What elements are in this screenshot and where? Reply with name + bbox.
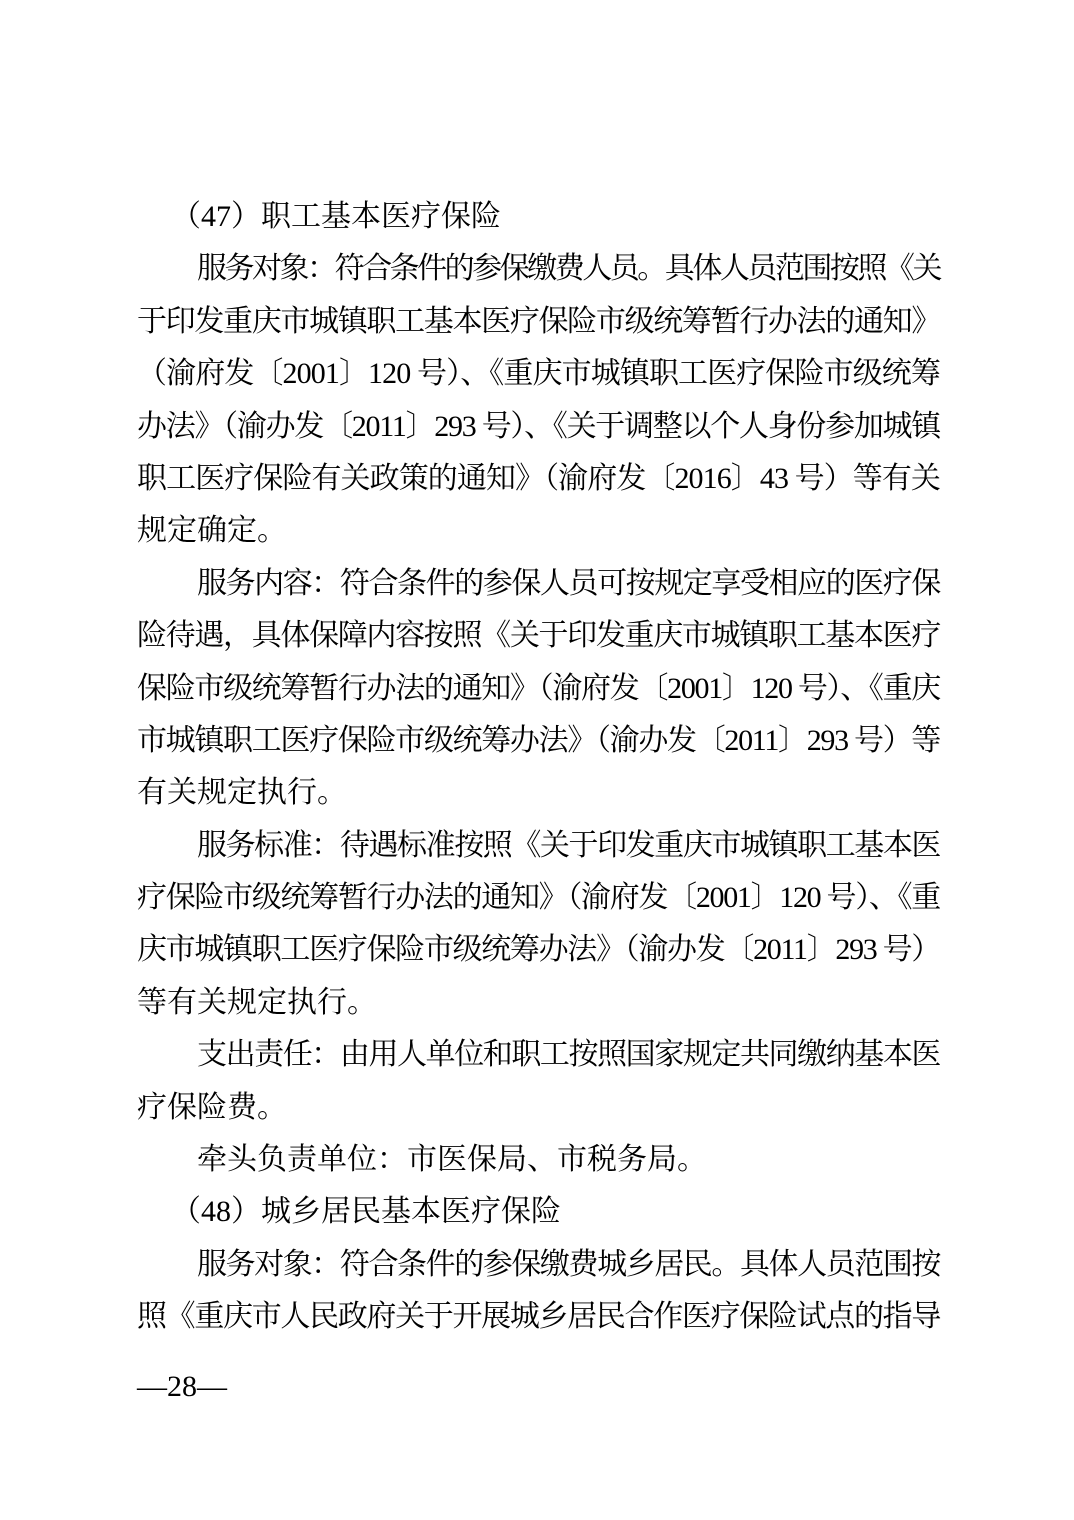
item-47-service-standard-line-2: 疗保险市级统筹暂行办法的通知》（渝府发〔2001〕120 号）、《重 xyxy=(137,872,940,924)
item-47-service-content-line-4: 市城镇职工医疗保险市级统筹办法》（渝办发〔2011〕293 号）等 xyxy=(137,715,940,767)
line-text: 服务标准：待遇标准按照《关于印发重庆市城镇职工基本医 xyxy=(197,829,940,862)
line-text: （渝府发〔2001〕120 号）、《重庆市城镇职工医疗保险市级统筹 xyxy=(137,357,940,390)
line-text: 牵头负责单位：市医保局、市税务局。 xyxy=(197,1143,707,1176)
item-47-service-target-line-4: 办法》（渝办发〔2011〕293 号）、《关于调整以个人身份参加城镇 xyxy=(137,401,940,453)
item-47-service-content-line-2: 险待遇，具体保障内容按照《关于印发重庆市城镇职工基本医疗 xyxy=(137,610,940,662)
item-48-service-target-line-1: 服务对象：符合条件的参保缴费城乡居民。具体人员范围按 xyxy=(137,1239,940,1291)
line-text: 市城镇职工医疗保险市级统筹办法》（渝办发〔2011〕293 号）等 xyxy=(137,724,940,757)
line-text: 办法》（渝办发〔2011〕293 号）、《关于调整以个人身份参加城镇 xyxy=(137,410,940,443)
item-47-expenditure-responsibility-line-1: 支出责任：由用人单位和职工按照国家规定共同缴纳基本医 xyxy=(137,1029,940,1081)
line-text: 支出责任：由用人单位和职工按照国家规定共同缴纳基本医 xyxy=(197,1038,940,1071)
line-text: 于印发重庆市城镇职工基本医疗保险市级统筹暂行办法的通知》 xyxy=(137,305,940,338)
item-47-service-content-line-5: 有关规定执行。 xyxy=(137,767,940,819)
line-text: 服务内容：符合条件的参保人员可按规定享受相应的医疗保 xyxy=(197,567,940,600)
item-47-service-target-line-6: 规定确定。 xyxy=(137,505,940,557)
line-text: 疗保险市级统筹暂行办法的通知》（渝府发〔2001〕120 号）、《重 xyxy=(137,881,940,914)
item-47-service-target-line-1: 服务对象：符合条件的参保缴费人员。具体人员范围按照《关 xyxy=(137,243,940,295)
item-47-service-target-line-5: 职工医疗保险有关政策的通知》（渝府发〔2016〕43 号）等有关 xyxy=(137,453,940,505)
line-text: 照《重庆市人民政府关于开展城乡居民合作医疗保险试点的指导 xyxy=(137,1300,940,1333)
document-page: （47）职工基本医疗保险服务对象：符合条件的参保缴费人员。具体人员范围按照《关于… xyxy=(0,0,1074,1520)
item-48-service-target-line-2: 照《重庆市人民政府关于开展城乡居民合作医疗保险试点的指导 xyxy=(137,1291,940,1343)
document-content: （47）职工基本医疗保险服务对象：符合条件的参保缴费人员。具体人员范围按照《关于… xyxy=(137,191,940,1344)
line-text: 庆市城镇职工医疗保险市级统筹办法》（渝办发〔2011〕293 号） xyxy=(137,933,940,966)
line-text: （47）职工基本医疗保险 xyxy=(171,200,501,233)
line-text: （48）城乡居民基本医疗保险 xyxy=(171,1195,561,1228)
line-text: 职工医疗保险有关政策的通知》（渝府发〔2016〕43 号）等有关 xyxy=(137,462,940,495)
item-48-heading-line-1: （48）城乡居民基本医疗保险 xyxy=(137,1186,940,1238)
line-text: 服务对象：符合条件的参保缴费城乡居民。具体人员范围按 xyxy=(197,1248,940,1281)
item-47-heading-line-1: （47）职工基本医疗保险 xyxy=(137,191,940,243)
item-47-service-content-line-1: 服务内容：符合条件的参保人员可按规定享受相应的医疗保 xyxy=(137,558,940,610)
line-text: 保险市级统筹暂行办法的通知》（渝府发〔2001〕120 号）、《重庆 xyxy=(137,672,940,705)
line-text: 有关规定执行。 xyxy=(137,776,347,809)
item-47-service-target-line-2: 于印发重庆市城镇职工基本医疗保险市级统筹暂行办法的通知》 xyxy=(137,296,940,348)
line-text: 险待遇，具体保障内容按照《关于印发重庆市城镇职工基本医疗 xyxy=(137,619,940,652)
line-text: 疗保险费。 xyxy=(137,1091,287,1124)
item-47-service-standard-line-1: 服务标准：待遇标准按照《关于印发重庆市城镇职工基本医 xyxy=(137,820,940,872)
item-47-service-standard-line-3: 庆市城镇职工医疗保险市级统筹办法》（渝办发〔2011〕293 号） xyxy=(137,924,940,976)
line-text: 等有关规定执行。 xyxy=(137,986,377,1019)
line-text: 规定确定。 xyxy=(137,514,287,547)
line-text: 服务对象：符合条件的参保缴费人员。具体人员范围按照《关 xyxy=(197,252,940,285)
item-47-expenditure-responsibility-line-2: 疗保险费。 xyxy=(137,1082,940,1134)
item-47-service-content-line-3: 保险市级统筹暂行办法的通知》（渝府发〔2001〕120 号）、《重庆 xyxy=(137,663,940,715)
item-47-service-target-line-3: （渝府发〔2001〕120 号）、《重庆市城镇职工医疗保险市级统筹 xyxy=(137,348,940,400)
page-number: —28— xyxy=(137,1361,227,1413)
item-47-service-standard-line-4: 等有关规定执行。 xyxy=(137,977,940,1029)
item-47-lead-unit-line-1: 牵头负责单位：市医保局、市税务局。 xyxy=(137,1134,940,1186)
